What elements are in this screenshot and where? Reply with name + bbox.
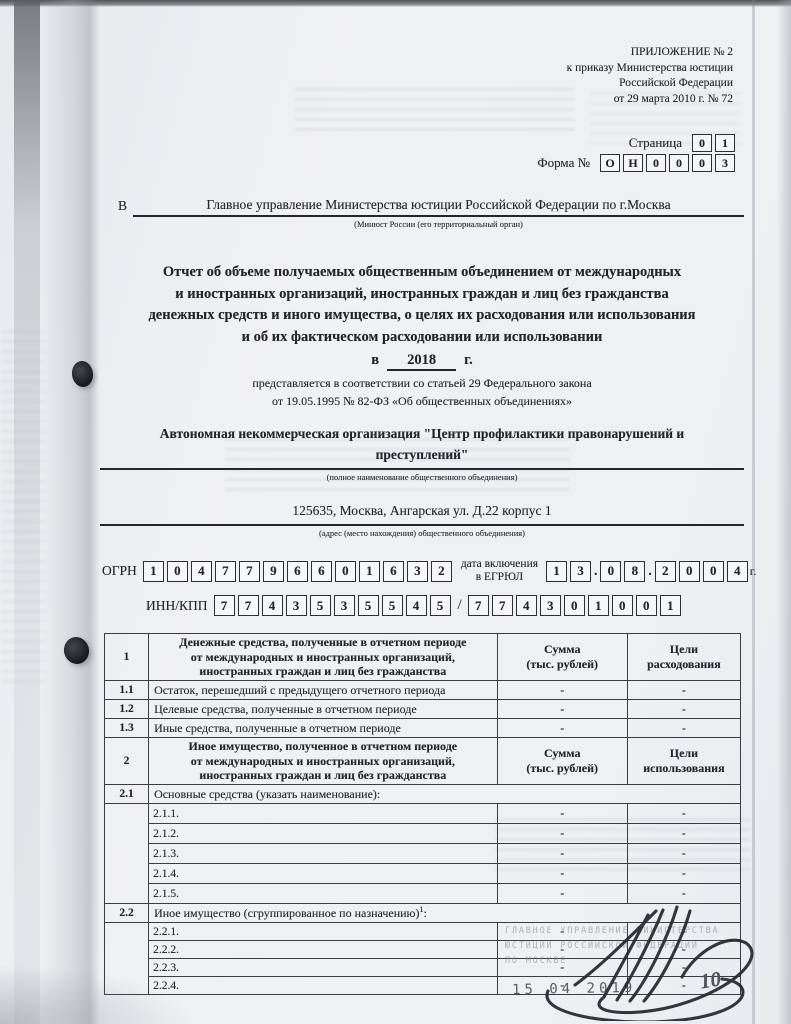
sum-value-cell: -: [497, 864, 627, 884]
egrul-label-line: дата включения: [461, 558, 538, 571]
inn-digit-cell: 3: [334, 595, 355, 616]
egrul-digit-cell: 0: [703, 561, 724, 582]
form-code-cell: 0: [669, 154, 689, 172]
sum-value-cell: -: [497, 700, 627, 719]
table-row: 2Иное имущество, полученное в отчетном п…: [105, 738, 741, 785]
form-label: Форма №: [537, 155, 590, 171]
form-code-cell: 0: [692, 154, 712, 172]
form-code-cell: 3: [715, 154, 735, 172]
kpp-digit-cell: 1: [588, 595, 609, 616]
purpose-value-cell: -: [627, 864, 740, 884]
kpp-boxes: 774301001: [465, 595, 681, 616]
section-header-cell: Денежные средства, полученные в отчетном…: [149, 634, 498, 681]
inn-kpp-section: ИНН/КПП 7743535545 / 774301001: [146, 595, 681, 616]
appendix-line: Российской Федерации: [567, 76, 733, 92]
sum-value-cell: -: [497, 824, 627, 844]
form-number-boxes: ОН0003: [597, 154, 735, 172]
form-code-cell: О: [600, 154, 620, 172]
purpose-value-cell: -: [627, 844, 740, 864]
egrul-label: дата включения в ЕГРЮЛ: [461, 558, 538, 584]
scan-edge-right: [777, 0, 791, 1024]
ogrn-digit-cell: 7: [239, 561, 260, 582]
organization-address: 125635, Москва, Ангарская ул. Д.22 корпу…: [100, 503, 744, 521]
table-row: 1.2Целевые средства, полученные в отчетн…: [105, 700, 741, 719]
ogrn-label: ОГРН: [102, 563, 137, 579]
underline-rule: [100, 524, 744, 526]
row-number-cell: 1.1: [105, 681, 149, 700]
sub-row-label-cell: 2.1.1.: [149, 804, 498, 824]
egrul-label-line: в ЕГРЮЛ: [461, 571, 538, 584]
recipient-section: В Главное управление Министерства юстици…: [104, 197, 744, 229]
ogrn-digit-cell: 1: [359, 561, 380, 582]
report-year: 2018: [387, 352, 456, 371]
ogrn-digit-cell: 6: [311, 561, 332, 582]
title-line: и об их фактическом расходовании или исп…: [100, 327, 744, 349]
ogrn-digit-cell: 7: [215, 561, 236, 582]
table-row: 2.1Основные средства (указать наименован…: [105, 785, 741, 804]
scanned-document-page: ПРИЛОЖЕНИЕ № 2 к приказу Министерства юс…: [0, 0, 791, 1024]
kpp-digit-cell: 1: [660, 595, 681, 616]
sub-row-label-cell: 2.1.5.: [149, 884, 498, 904]
year-suffix: г.: [464, 352, 473, 368]
bleed-through-artifact: [295, 88, 575, 136]
row-label-cell: Иные средства, полученные в отчетном пер…: [149, 719, 498, 738]
ogrn-digit-cell: 9: [263, 561, 284, 582]
table-row: 1Денежные средства, полученные в отчетно…: [105, 634, 741, 681]
form-meta: Страница 01 Форма № ОН0003: [537, 133, 735, 173]
kpp-digit-cell: 7: [468, 595, 489, 616]
purpose-header-cell: Цели расходования: [627, 634, 740, 681]
page-fold-shadow: [42, 0, 100, 1024]
organization-name: Автономная некоммерческая организация "Ц…: [100, 424, 744, 465]
inn-digit-cell: 7: [238, 595, 259, 616]
kpp-digit-cell: 0: [612, 595, 633, 616]
sum-value-cell: -: [497, 681, 627, 700]
signature: [520, 893, 772, 1021]
egrul-date-boxes: 13.08.2004: [543, 561, 748, 582]
form-code-cell: 0: [646, 154, 666, 172]
page-label: Страница: [629, 135, 682, 151]
law-line: представляется в соответствии со статьей…: [100, 375, 744, 393]
row-number-cell: 2.1: [105, 785, 149, 804]
year-prefix: в: [371, 352, 379, 368]
merged-number-cell: [105, 804, 149, 904]
title-line: и иностранных организаций, иностранных г…: [100, 284, 744, 306]
sub-row-label-cell: 2.1.2.: [149, 824, 498, 844]
appendix-line: к приказу Министерства юстиции: [567, 61, 733, 77]
ogrn-boxes: 1047796601632: [140, 561, 452, 582]
kpp-digit-cell: 0: [564, 595, 585, 616]
law-reference: представляется в соответствии со статьей…: [100, 375, 744, 410]
purpose-value-cell: -: [627, 681, 740, 700]
page-curl-shadow: [0, 928, 260, 1024]
kpp-digit-cell: 7: [492, 595, 513, 616]
kpp-digit-cell: 4: [516, 595, 537, 616]
egrul-year-suffix: г.: [750, 564, 757, 579]
row-number-cell: 1.2: [105, 700, 149, 719]
ogrn-digit-cell: 0: [335, 561, 356, 582]
form-code-cell: Н: [623, 154, 643, 172]
egrul-digit-cell: 2: [655, 561, 676, 582]
organization-section: Автономная некоммерческая организация "Ц…: [100, 424, 744, 482]
report-year-line: в2018г.: [100, 352, 744, 371]
organization-caption: (полное наименование общественного объед…: [100, 472, 744, 482]
row-label-cell: Остаток, перешедший с предыдущего отчетн…: [149, 681, 498, 700]
form-number-row: Форма № ОН0003: [537, 153, 735, 173]
purpose-value-cell: -: [627, 804, 740, 824]
inn-kpp-label: ИНН/КПП: [146, 598, 208, 614]
page-number-row: Страница 01: [537, 133, 735, 153]
sum-header-cell: Сумма (тыс. рублей): [497, 738, 627, 785]
purpose-header-cell: Цели использования: [627, 738, 740, 785]
egrul-digit-cell: 0: [600, 561, 621, 582]
section-header-cell: Иное имущество, полученное в отчетном пе…: [149, 738, 498, 785]
row-label-cell: Целевые средства, полученные в отчетном …: [149, 700, 498, 719]
sum-header-cell: Сумма (тыс. рублей): [497, 634, 627, 681]
title-line: Отчет об объеме получаемых общественным …: [100, 262, 744, 284]
sub-row-label-cell: 2.1.3.: [149, 844, 498, 864]
purpose-value-cell: -: [627, 719, 740, 738]
group-label: Иное имущество (сгруппированное по назна…: [154, 906, 419, 920]
report-title: Отчет об объеме получаемых общественным …: [100, 262, 744, 410]
address-caption: (адрес (место нахождения) общественного …: [100, 528, 744, 538]
ogrn-digit-cell: 6: [383, 561, 404, 582]
appendix-line: ПРИЛОЖЕНИЕ № 2: [567, 45, 733, 61]
inn-digit-cell: 4: [406, 595, 427, 616]
purpose-value-cell: -: [627, 700, 740, 719]
inn-digit-cell: 4: [262, 595, 283, 616]
recipient-caption: (Минюст России (его территориальный орга…: [133, 219, 744, 229]
egrul-digit-cell: 3: [570, 561, 591, 582]
inn-digit-cell: 7: [214, 595, 235, 616]
sum-value-cell: -: [497, 844, 627, 864]
kpp-digit-cell: 0: [636, 595, 657, 616]
inn-digit-cell: 5: [430, 595, 451, 616]
page-digit-cell: 0: [692, 134, 712, 152]
ogrn-digit-cell: 3: [407, 561, 428, 582]
title-line: денежных средств и иного имущества, о це…: [100, 305, 744, 327]
inn-digit-cell: 5: [358, 595, 379, 616]
scan-edge-left: [14, 0, 40, 1024]
date-separator: .: [648, 563, 651, 579]
kpp-digit-cell: 3: [540, 595, 561, 616]
inn-digit-cell: 5: [382, 595, 403, 616]
table-row: 2.1.3.--: [105, 844, 741, 864]
appendix-note: ПРИЛОЖЕНИЕ № 2 к приказу Министерства юс…: [567, 45, 733, 107]
ogrn-digit-cell: 1: [143, 561, 164, 582]
group-label: Основные средства (указать наименование)…: [154, 787, 380, 801]
inn-boxes: 7743535545: [211, 595, 451, 616]
date-separator: .: [594, 563, 597, 579]
egrul-digit-cell: 1: [546, 561, 567, 582]
row-number-cell: 2.2: [105, 904, 149, 923]
inn-kpp-separator: /: [458, 597, 462, 614]
law-line: от 19.05.1995 № 82-ФЗ «Об общественных о…: [100, 393, 744, 411]
underline-rule: [100, 468, 744, 470]
page-digit-cell: 1: [715, 134, 735, 152]
table-row: 2.1.4.--: [105, 864, 741, 884]
egrul-digit-cell: 8: [624, 561, 645, 582]
inn-digit-cell: 3: [286, 595, 307, 616]
row-number-cell: 1: [105, 634, 149, 681]
group-label-suffix: :: [424, 906, 427, 920]
handwritten-page-number: 10: [698, 967, 723, 995]
ogrn-digit-cell: 0: [167, 561, 188, 582]
recipient-prefix: В: [118, 198, 127, 229]
appendix-line: от 29 марта 2010 г. № 72: [567, 92, 733, 108]
table-row: 2.1.1.--: [105, 804, 741, 824]
ogrn-digit-cell: 4: [191, 561, 212, 582]
scan-edge-top: [0, 0, 791, 7]
row-number-cell: 1.3: [105, 719, 149, 738]
sum-value-cell: -: [497, 804, 627, 824]
table-row: 1.3Иные средства, полученные в отчетном …: [105, 719, 741, 738]
row-number-cell: 2: [105, 738, 149, 785]
ogrn-section: ОГРН 1047796601632 дата включения в ЕГРЮ…: [102, 558, 756, 584]
ogrn-digit-cell: 6: [287, 561, 308, 582]
table-row: 2.1.2.--: [105, 824, 741, 844]
recipient-authority: Главное управление Министерства юстиции …: [133, 197, 744, 217]
inn-digit-cell: 5: [310, 595, 331, 616]
egrul-digit-cell: 0: [679, 561, 700, 582]
address-section: 125635, Москва, Ангарская ул. Д.22 корпу…: [100, 503, 744, 538]
table-row: 1.1Остаток, перешедший с предыдущего отч…: [105, 681, 741, 700]
egrul-digit-cell: 4: [727, 561, 748, 582]
page-number-boxes: 01: [689, 134, 735, 152]
ogrn-digit-cell: 2: [431, 561, 452, 582]
page-right-edge: [752, 0, 755, 1024]
recipient-line: Главное управление Министерства юстиции …: [133, 197, 744, 229]
purpose-value-cell: -: [627, 824, 740, 844]
sub-row-label-cell: 2.1.4.: [149, 864, 498, 884]
sum-value-cell: -: [497, 719, 627, 738]
group-label-cell: Основные средства (указать наименование)…: [149, 785, 741, 804]
